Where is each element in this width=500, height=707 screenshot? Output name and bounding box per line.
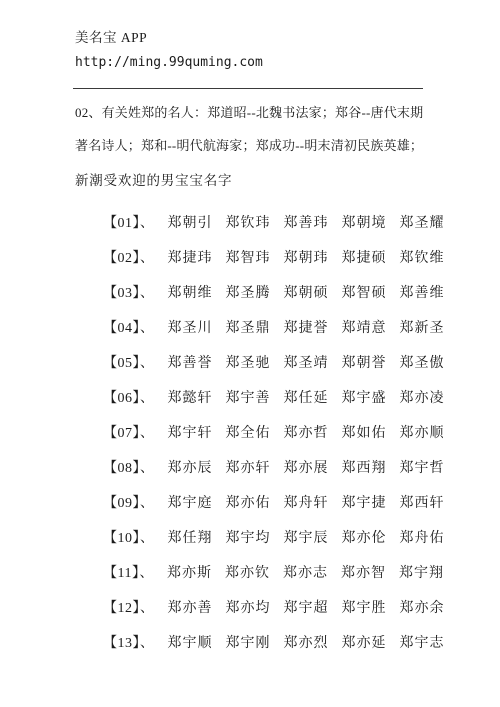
name-list-row: 【07】、 郑宇轩郑全佑郑亦哲郑如佑郑亦顺 xyxy=(103,414,428,449)
baby-name: 郑捷硕 xyxy=(342,247,387,267)
name-list-row: 【09】、 郑宇庭郑亦佑郑舟轩郑宇捷郑西轩 xyxy=(103,484,428,519)
baby-name: 郑亦烈 xyxy=(284,632,329,652)
baby-name: 郑亦志 xyxy=(283,562,328,582)
baby-name: 郑捷玮 xyxy=(168,247,213,267)
document-header: 美名宝 APP http://ming.99quming.com xyxy=(75,30,428,70)
row-number-label: 【02】、 xyxy=(103,247,155,267)
name-list-row: 【10】、 郑任翔郑宇均郑宇辰郑亦伦郑舟佑 xyxy=(103,519,428,554)
baby-name: 郑亦均 xyxy=(226,597,271,617)
row-number-label: 【12】、 xyxy=(103,597,155,617)
baby-name: 郑亦佑 xyxy=(226,492,271,512)
baby-name: 郑朝誉 xyxy=(342,352,387,372)
baby-name: 郑宇志 xyxy=(400,632,445,652)
baby-name: 郑亦余 xyxy=(400,597,445,617)
row-number-label: 【04】、 xyxy=(103,317,155,337)
baby-name: 郑圣靖 xyxy=(284,352,329,372)
baby-name: 郑亦善 xyxy=(168,597,213,617)
baby-name: 郑圣傲 xyxy=(400,352,445,372)
baby-name: 郑朝引 xyxy=(168,212,213,232)
baby-name: 郑任翔 xyxy=(168,527,213,547)
baby-name: 郑亦斯 xyxy=(167,562,212,582)
baby-name: 郑圣耀 xyxy=(400,212,445,232)
baby-name: 郑宇盛 xyxy=(342,387,387,407)
baby-name: 郑圣腾 xyxy=(226,282,271,302)
baby-name: 郑全佑 xyxy=(226,422,271,442)
intro-paragraph: 02、有关姓郑的名人：郑道昭--北魏书法家；郑谷--唐代末期 著名诗人；郑和--… xyxy=(75,96,428,162)
baby-name: 郑任延 xyxy=(284,387,329,407)
baby-name: 郑宇胜 xyxy=(342,597,387,617)
document-page: 美名宝 APP http://ming.99quming.com 02、有关姓郑… xyxy=(0,0,500,707)
row-number-label: 【06】、 xyxy=(103,387,155,407)
row-number-label: 【09】、 xyxy=(103,492,155,512)
baby-name: 郑亦辰 xyxy=(168,457,213,477)
row-number-label: 【01】、 xyxy=(103,212,155,232)
baby-name: 郑朝维 xyxy=(168,282,213,302)
baby-name: 郑宇庭 xyxy=(168,492,213,512)
app-brand: 美名宝 APP xyxy=(75,30,428,46)
baby-name: 郑如佑 xyxy=(342,422,387,442)
baby-name: 郑宇辰 xyxy=(284,527,329,547)
baby-name: 郑亦伦 xyxy=(342,527,387,547)
header-divider xyxy=(73,88,423,89)
baby-name: 郑宇翔 xyxy=(399,562,444,582)
row-number-label: 【10】、 xyxy=(103,527,155,547)
baby-name: 郑圣川 xyxy=(168,317,213,337)
baby-name: 郑舟轩 xyxy=(284,492,329,512)
name-list-row: 【05】、 郑善誉郑圣驰郑圣靖郑朝誉郑圣傲 xyxy=(103,344,428,379)
baby-name: 郑善誉 xyxy=(168,352,213,372)
name-list-row: 【06】、 郑懿轩郑宇善郑任延郑宇盛郑亦凌 xyxy=(103,379,428,414)
baby-name: 郑宇善 xyxy=(226,387,271,407)
baby-name: 郑新圣 xyxy=(400,317,445,337)
baby-name: 郑宇均 xyxy=(226,527,271,547)
baby-name: 郑善玮 xyxy=(284,212,329,232)
name-list-row: 【02】、 郑捷玮郑智玮郑朝玮郑捷硕郑钦维 xyxy=(103,239,428,274)
baby-name: 郑朝境 xyxy=(342,212,387,232)
row-number-label: 【07】、 xyxy=(103,422,155,442)
baby-name: 郑亦钦 xyxy=(225,562,270,582)
site-url: http://ming.99quming.com xyxy=(75,55,428,70)
name-list-row: 【11】、 郑亦斯郑亦钦郑亦志郑亦智郑宇翔 xyxy=(103,554,428,589)
baby-name: 郑亦轩 xyxy=(226,457,271,477)
baby-name: 郑捷誉 xyxy=(284,317,329,337)
baby-name: 郑亦展 xyxy=(284,457,329,477)
baby-name: 郑宇哲 xyxy=(400,457,445,477)
row-number-label: 【11】、 xyxy=(103,562,154,582)
row-number-label: 【13】、 xyxy=(103,632,155,652)
baby-name: 郑宇顺 xyxy=(168,632,213,652)
intro-line: 著名诗人；郑和--明代航海家；郑成功--明末清初民族英雄； xyxy=(75,129,428,162)
baby-name: 郑宇刚 xyxy=(226,632,271,652)
intro-line: 02、有关姓郑的名人：郑道昭--北魏书法家；郑谷--唐代末期 xyxy=(75,96,428,129)
section-subtitle: 新潮受欢迎的男宝宝名字 xyxy=(75,171,428,191)
baby-name: 郑朝玮 xyxy=(284,247,329,267)
baby-name: 郑懿轩 xyxy=(168,387,213,407)
baby-name: 郑靖意 xyxy=(342,317,387,337)
baby-name: 郑善维 xyxy=(400,282,445,302)
baby-name: 郑舟佑 xyxy=(400,527,445,547)
baby-name: 郑宇捷 xyxy=(342,492,387,512)
name-list-row: 【04】、 郑圣川郑圣鼎郑捷誉郑靖意郑新圣 xyxy=(103,309,428,344)
baby-name: 郑圣鼎 xyxy=(226,317,271,337)
baby-name: 郑亦顺 xyxy=(400,422,445,442)
baby-name: 郑钦维 xyxy=(400,247,445,267)
baby-name: 郑宇超 xyxy=(284,597,329,617)
row-number-label: 【05】、 xyxy=(103,352,155,372)
baby-name: 郑亦凌 xyxy=(400,387,445,407)
baby-name: 郑亦智 xyxy=(341,562,386,582)
name-list: 【01】、 郑朝引郑钦玮郑善玮郑朝境郑圣耀 【02】、 郑捷玮郑智玮郑朝玮郑捷硕… xyxy=(103,204,428,659)
name-list-row: 【03】、 郑朝维郑圣腾郑朝硕郑智硕郑善维 xyxy=(103,274,428,309)
baby-name: 郑宇轩 xyxy=(168,422,213,442)
baby-name: 郑圣驰 xyxy=(226,352,271,372)
name-list-row: 【12】、 郑亦善郑亦均郑宇超郑宇胜郑亦余 xyxy=(103,589,428,624)
baby-name: 郑西翔 xyxy=(342,457,387,477)
name-list-row: 【13】、 郑宇顺郑宇刚郑亦烈郑亦延郑宇志 xyxy=(103,624,428,659)
baby-name: 郑亦哲 xyxy=(284,422,329,442)
baby-name: 郑西轩 xyxy=(400,492,445,512)
baby-name: 郑亦延 xyxy=(342,632,387,652)
baby-name: 郑智硕 xyxy=(342,282,387,302)
name-list-row: 【01】、 郑朝引郑钦玮郑善玮郑朝境郑圣耀 xyxy=(103,204,428,239)
row-number-label: 【03】、 xyxy=(103,282,155,302)
row-number-label: 【08】、 xyxy=(103,457,155,477)
baby-name: 郑朝硕 xyxy=(284,282,329,302)
baby-name: 郑智玮 xyxy=(226,247,271,267)
baby-name: 郑钦玮 xyxy=(226,212,271,232)
name-list-row: 【08】、 郑亦辰郑亦轩郑亦展郑西翔郑宇哲 xyxy=(103,449,428,484)
